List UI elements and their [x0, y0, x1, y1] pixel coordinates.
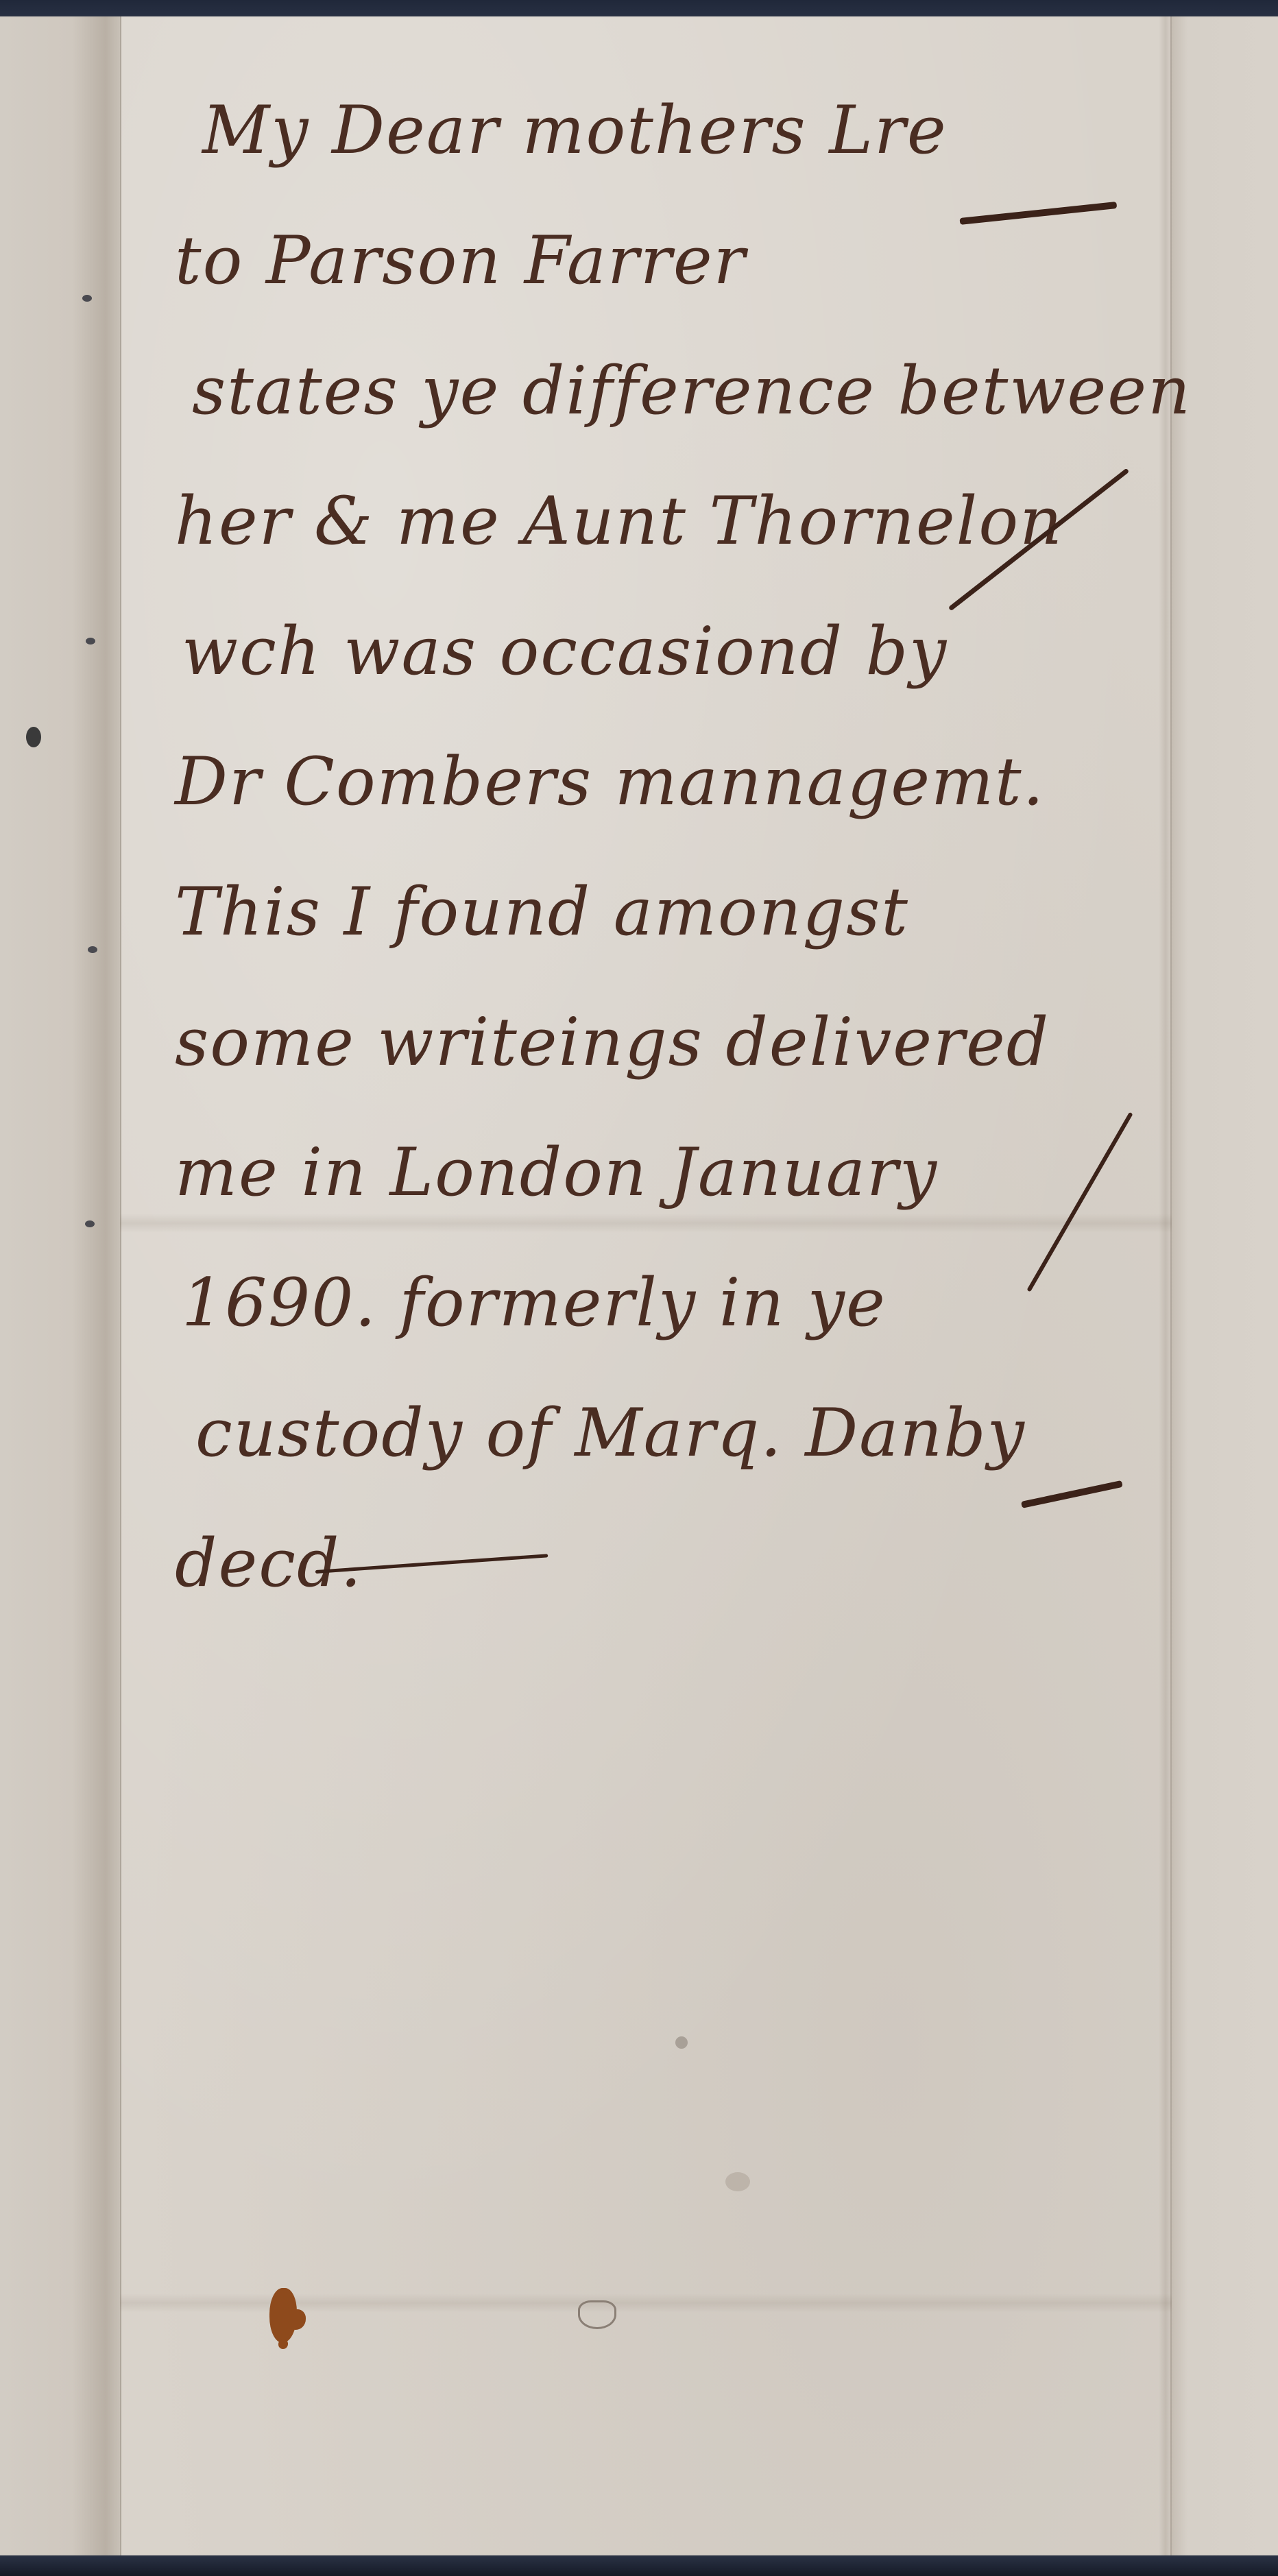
manuscript-line-4: her & me Aunt Thornelon	[175, 456, 1162, 586]
left-folded-panel	[0, 16, 121, 2560]
manuscript-line-12: decd.	[175, 1498, 1162, 1628]
small-seal-mark	[578, 2300, 616, 2329]
manuscript-line-6: Dr Combers mannagemt.	[175, 717, 1162, 847]
paper-spot	[725, 2172, 750, 2191]
manuscript-line-3: states ye difference between	[192, 326, 1162, 456]
manuscript-line-11: custody of Marq. Danby	[195, 1368, 1162, 1498]
handwritten-endorsement: My Dear mothers Lre to Parson Farrer sta…	[175, 65, 1162, 1628]
manuscript-line-10: 1690. formerly in ye	[182, 1238, 1162, 1368]
ink-speck	[26, 727, 41, 747]
manuscript-line-9: me in London January	[175, 1107, 1162, 1238]
manuscript-line-7: This I found amongst	[175, 847, 1162, 977]
manuscript-line-1: My Dear mothers Lre	[202, 65, 1162, 195]
paper-spot	[675, 2036, 688, 2049]
binding-hole	[85, 1220, 95, 1227]
dark-backdrop-bottom	[0, 2555, 1278, 2576]
binding-hole	[86, 638, 95, 645]
binding-hole	[88, 946, 97, 953]
manuscript-line-8: some writeings delivered	[175, 977, 1162, 1107]
manuscript-line-5: wch was occasiond by	[182, 586, 1162, 717]
binding-hole	[82, 295, 92, 302]
